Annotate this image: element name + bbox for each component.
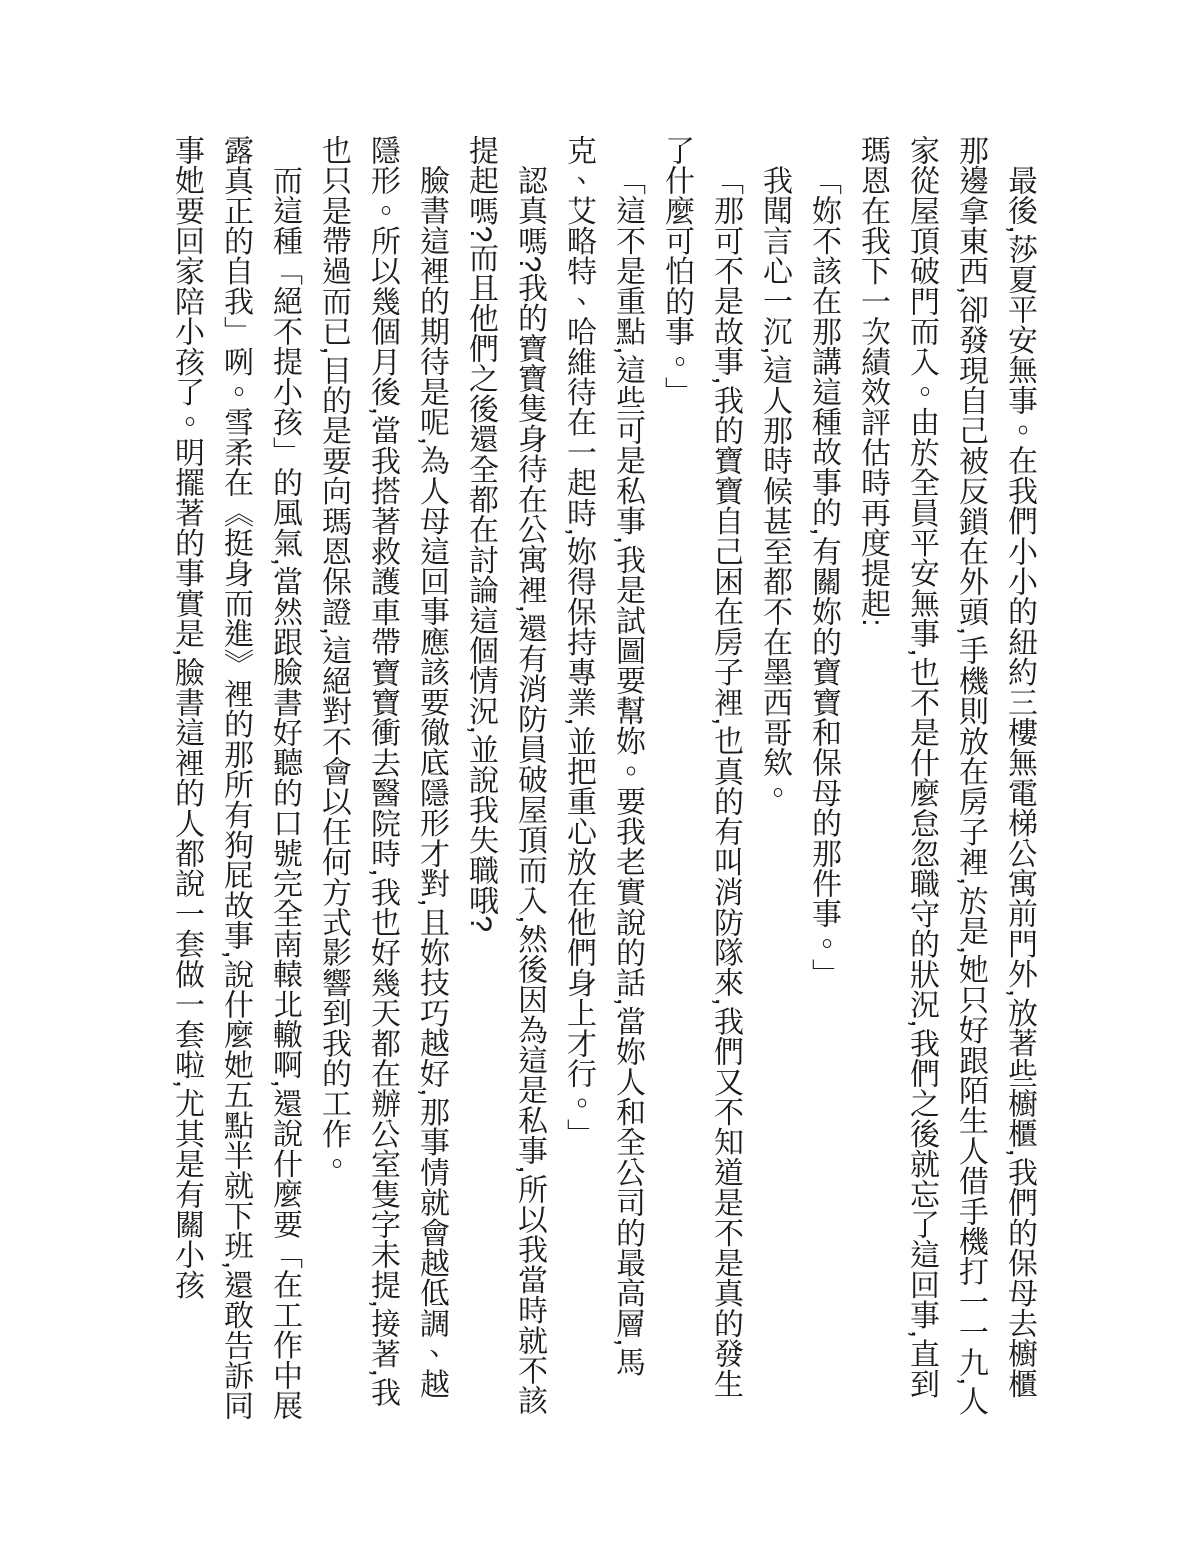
paragraph-6: 認真嗎?我的寶寶隻身待在公寓裡,還有消防員破屋頂而入,然後因為這是私事,所以我當… [456,135,554,1427]
paragraph-4: 「那可不是故事,我的寶寶自己困在房子裡,也真的有叫消防隊來,我們又不知道是不是真… [652,135,750,1427]
paragraph-2: 「妳不該在那講這種故事的,有關妳的寶寶和保母的那件事。」 [799,135,848,1427]
vertical-text-block: 最後,莎夏平安無事。在我們小小的紐約三樓無電梯公寓前門外,放著些櫥櫃,我們的保母… [154,135,1044,1427]
paragraph-3: 我聞言心一沉,這人那時候甚至都不在墨西哥欸。 [750,135,799,1427]
paragraph-5: 「這不是重點,這些可是私事,我是試圖要幫妳。要我老實說的話,當妳人和全公司的最高… [554,135,652,1427]
paragraph-7: 臉書這裡的期待是呢,為人母這回事應該要徹底隱形才對,且妳技巧越好,那事情就會越低… [309,135,456,1427]
paragraph-8: 而這種「絕不提小孩」的風氣,當然跟臉書好聽的口號完全南轅北轍啊,還說什麼要「在工… [162,135,309,1427]
paragraph-1: 最後,莎夏平安無事。在我們小小的紐約三樓無電梯公寓前門外,放著些櫥櫃,我們的保母… [848,135,1044,1427]
book-page: 最後,莎夏平安無事。在我們小小的紐約三樓無電梯公寓前門外,放著些櫥櫃,我們的保母… [0,0,1200,1552]
